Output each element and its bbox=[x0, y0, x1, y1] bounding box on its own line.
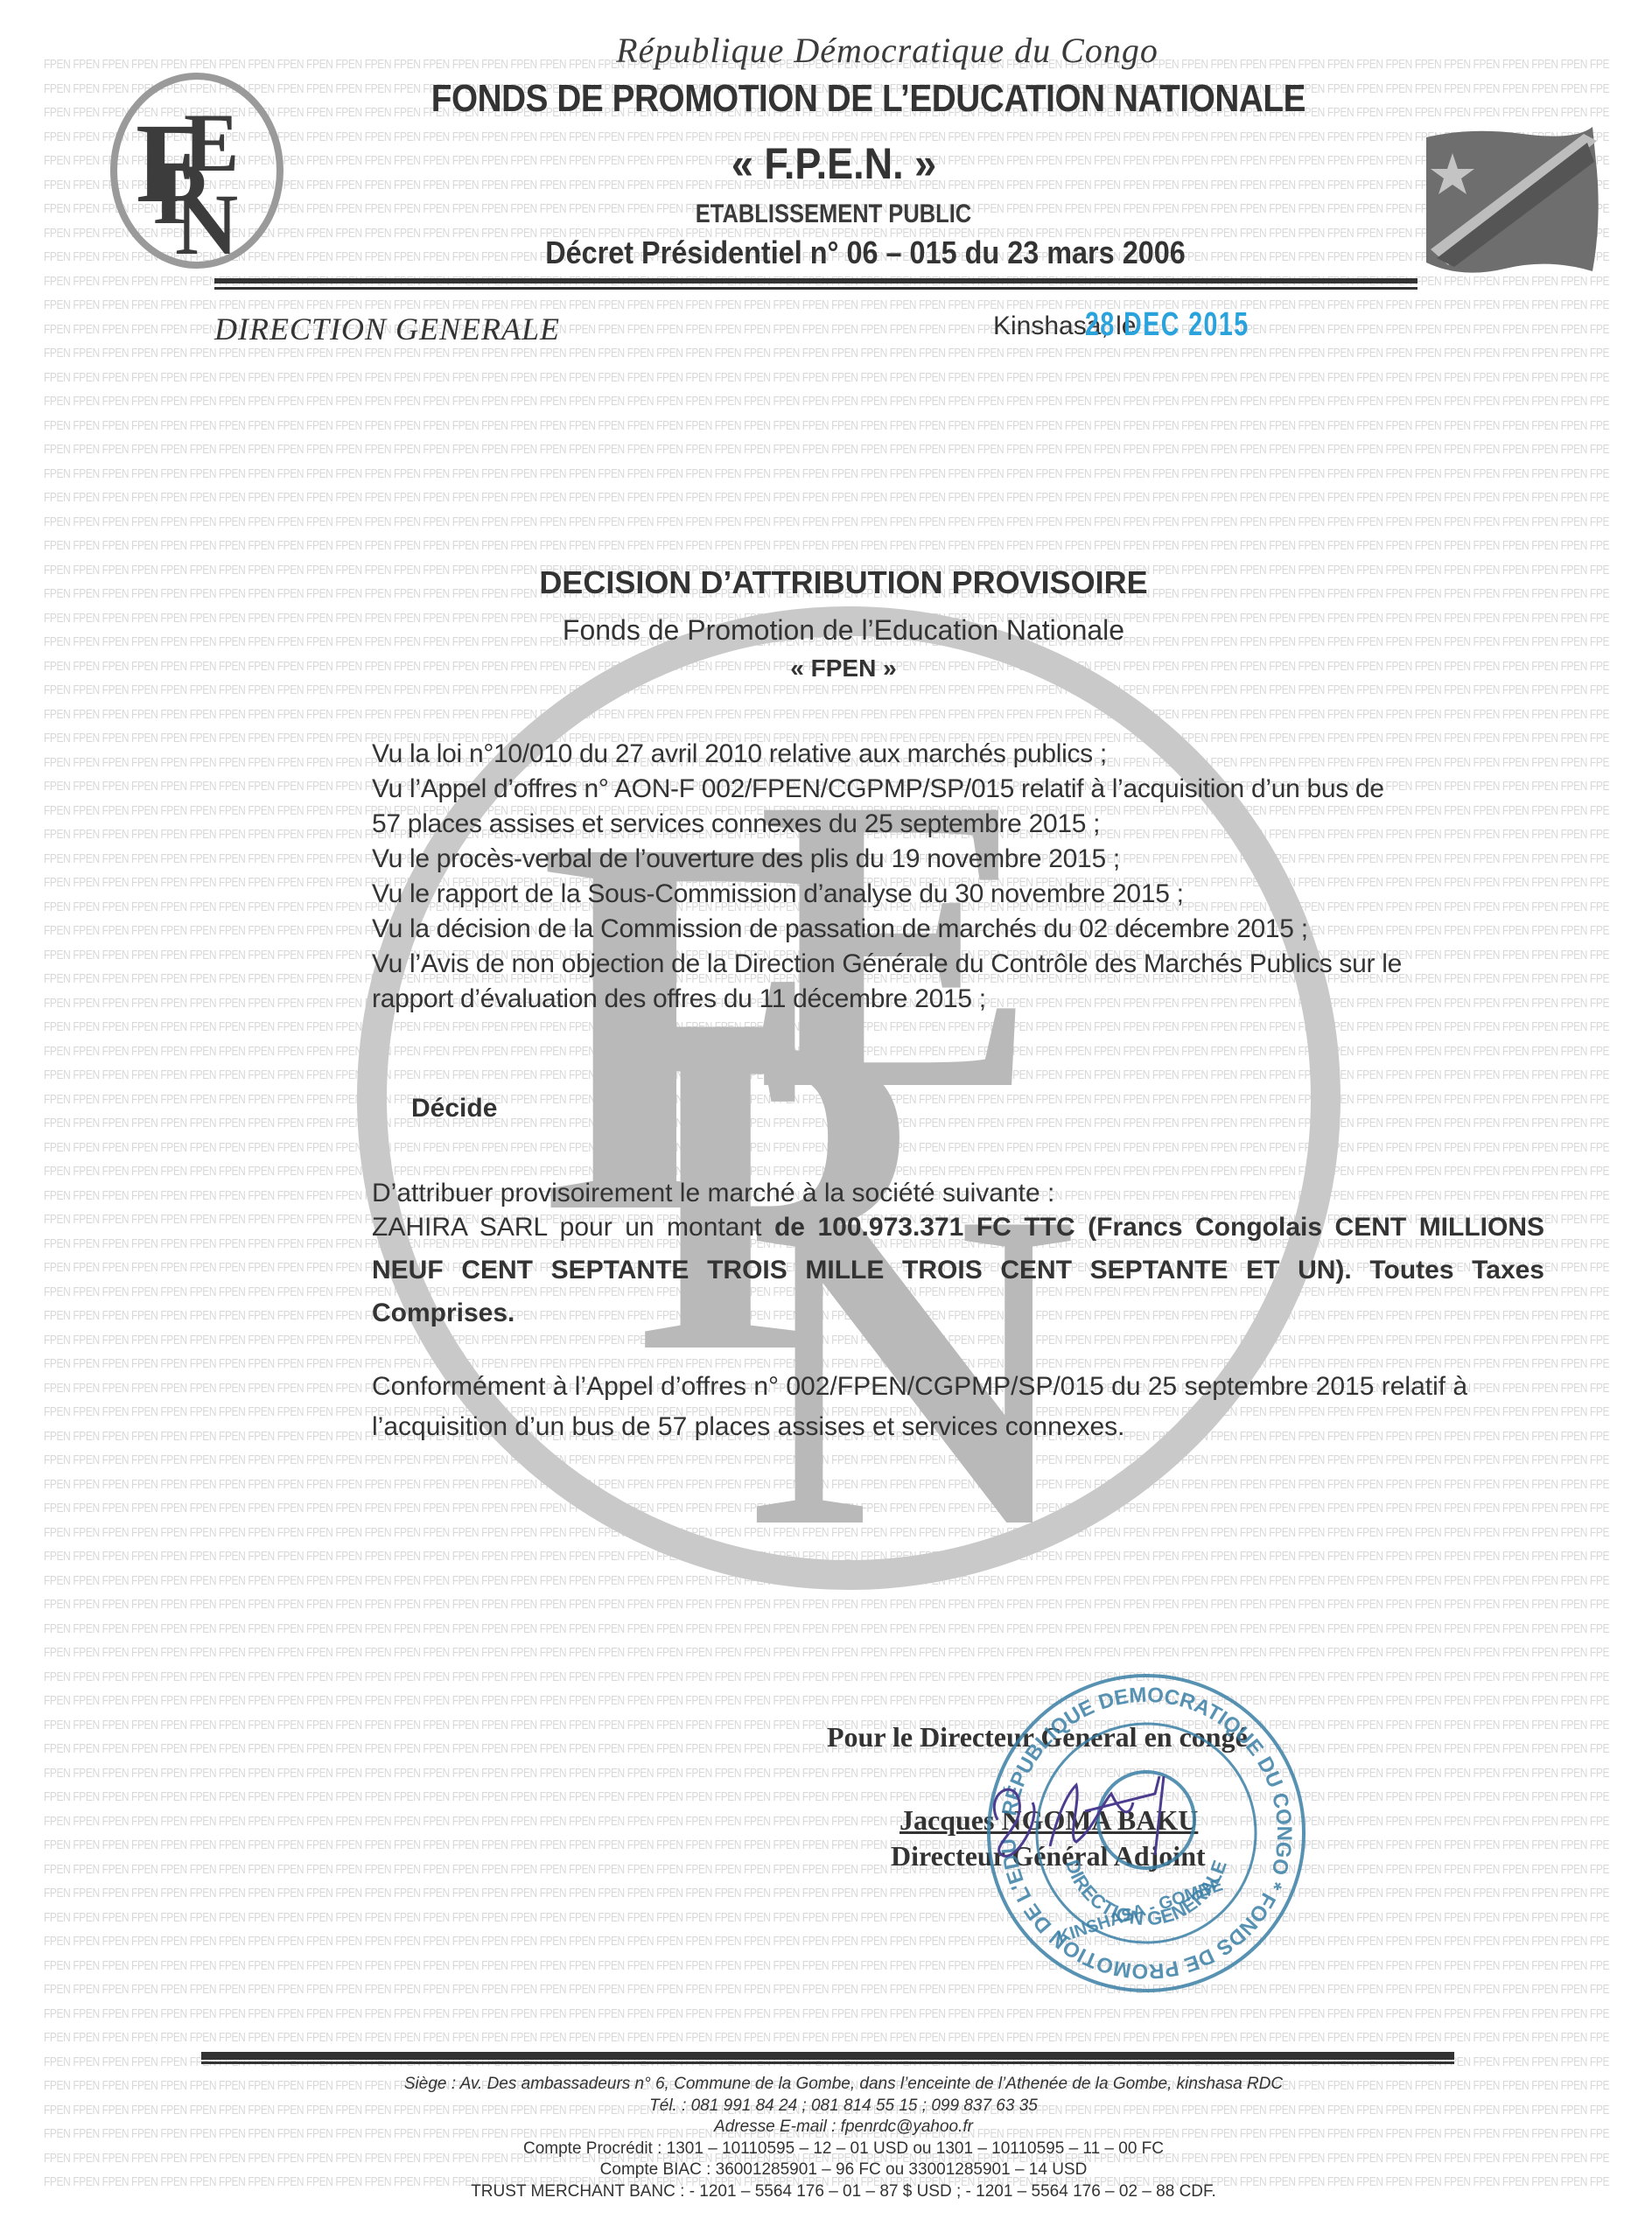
watermark-row: FPEN FPEN FPEN FPEN FPEN FPEN FPEN FPEN … bbox=[44, 1954, 1297, 1978]
consideration-line: 57 places assises et services connexes d… bbox=[372, 807, 1544, 842]
watermark-row: FPEN FPEN FPEN FPEN FPEN FPEN FPEN FPEN … bbox=[44, 1039, 1297, 1064]
footer-tmb-account: TRUST MERCHANT BANC : - 1201 – 5564 176 … bbox=[35, 2181, 1652, 2203]
watermark-row: FPEN FPEN FPEN FPEN FPEN FPEN FPEN FPEN … bbox=[44, 1665, 1297, 1690]
footer-contact-block: Siège : Av. Des ambassadeurs n° 6, Commu… bbox=[0, 2074, 1652, 2202]
signatory-role: Directeur Général Adjoint bbox=[891, 1840, 1206, 1872]
consideration-line: Vu le procès-verbal de l’ouverture des p… bbox=[372, 842, 1544, 877]
watermark-row: FPEN FPEN FPEN FPEN FPEN FPEN FPEN FPEN … bbox=[44, 1906, 1297, 1930]
consideration-line: Vu l’Avis de non objection de la Directi… bbox=[372, 947, 1544, 982]
organization-status: ETABLISSEMENT PUBLIC bbox=[124, 199, 1529, 229]
awarded-company: ZAHIRA SARL bbox=[372, 1213, 547, 1242]
footer-rule-thin bbox=[201, 2061, 1454, 2064]
watermark-row: FPEN FPEN FPEN FPEN FPEN FPEN FPEN FPEN … bbox=[44, 1977, 1297, 2002]
watermark-row: FPEN FPEN FPEN FPEN FPEN FPEN FPEN FPEN … bbox=[44, 1496, 1297, 1521]
watermark-row: FPEN FPEN FPEN FPEN FPEN FPEN FPEN FPEN … bbox=[44, 486, 1297, 510]
watermark-row: FPEN FPEN FPEN FPEN FPEN FPEN FPEN FPEN … bbox=[44, 2026, 1297, 2050]
watermark-row: FPEN FPEN FPEN FPEN FPEN FPEN FPEN FPEN … bbox=[44, 1063, 1297, 1088]
decree-reference: Décret Présidentiel n° 06 – 015 du 23 ma… bbox=[82, 234, 1569, 271]
decide-label: Décide bbox=[411, 1094, 497, 1123]
watermark-row: FPEN FPEN FPEN FPEN FPEN FPEN FPEN FPEN … bbox=[44, 1929, 1297, 1954]
watermark-row: FPEN FPEN FPEN FPEN FPEN FPEN FPEN FPEN … bbox=[44, 1088, 1297, 1112]
header-rule-thick bbox=[214, 278, 1417, 283]
watermark-row: FPEN FPEN FPEN FPEN FPEN FPEN FPEN FPEN … bbox=[44, 389, 1297, 414]
consideration-line: Vu le rapport de la Sous-Commission d’an… bbox=[372, 877, 1544, 912]
watermark-row: FPEN FPEN FPEN FPEN FPEN FPEN FPEN FPEN … bbox=[44, 1881, 1297, 1906]
header-rule-thin bbox=[214, 287, 1417, 290]
footer-biac-account: Compte BIAC : 36001285901 – 96 FC ou 330… bbox=[35, 2159, 1652, 2181]
consideration-line: Vu la décision de la Commission de passa… bbox=[372, 912, 1544, 947]
consideration-line: Vu l’Appel d’offres n° AON-F 002/FPEN/CG… bbox=[372, 772, 1544, 807]
watermark-row: FPEN FPEN FPEN FPEN FPEN FPEN FPEN FPEN … bbox=[44, 1521, 1297, 1545]
watermark-row: FPEN FPEN FPEN FPEN FPEN FPEN FPEN FPEN … bbox=[44, 1136, 1297, 1160]
watermark-row: FPEN FPEN FPEN FPEN FPEN FPEN FPEN FPEN … bbox=[44, 1689, 1297, 1713]
decision-acronym: « FPEN » bbox=[0, 654, 1652, 682]
consideration-line: Vu la loi n°10/010 du 27 avril 2010 rela… bbox=[372, 737, 1544, 772]
watermark-row: FPEN FPEN FPEN FPEN FPEN FPEN FPEN FPEN … bbox=[44, 534, 1297, 558]
decision-title: DECISION D’ATTRIBUTION PROVISOIRE bbox=[0, 564, 1652, 601]
watermark-row: FPEN FPEN FPEN FPEN FPEN FPEN FPEN FPEN … bbox=[44, 1641, 1297, 1665]
award-amount: de 100.973.371 FC TTC (Francs Congolais … bbox=[372, 1213, 1544, 1327]
watermark-row: FPEN FPEN FPEN FPEN FPEN FPEN FPEN FPEN … bbox=[44, 366, 1297, 390]
organization-acronym: « F.P.E.N. » bbox=[82, 138, 1569, 189]
fpen-watermark-pattern: FPEN FPEN FPEN FPEN FPEN FPEN FPEN FPEN … bbox=[44, 52, 1610, 2196]
date-stamp: 28 DEC 2015 bbox=[1085, 306, 1249, 344]
watermark-row: FPEN FPEN FPEN FPEN FPEN FPEN FPEN FPEN … bbox=[44, 1592, 1297, 1617]
watermark-row: FPEN FPEN FPEN FPEN FPEN FPEN FPEN FPEN … bbox=[44, 414, 1297, 438]
watermark-row: FPEN FPEN FPEN FPEN FPEN FPEN FPEN FPEN … bbox=[44, 1473, 1297, 1497]
watermark-row: FPEN FPEN FPEN FPEN FPEN FPEN FPEN FPEN … bbox=[44, 1544, 1297, 1569]
signature-on-behalf: Pour le Directeur General en congé bbox=[827, 1721, 1248, 1753]
consideration-line: rapport d’évaluation des offres du 11 dé… bbox=[372, 982, 1544, 1017]
watermark-row: FPEN FPEN FPEN FPEN FPEN FPEN FPEN FPEN … bbox=[44, 1761, 1297, 1786]
conformity-paragraph: Conformément à l’Appel d’offres n° 002/F… bbox=[372, 1367, 1544, 1447]
country-heading: République Démocratique du Congo bbox=[0, 30, 1652, 71]
watermark-row: FPEN FPEN FPEN FPEN FPEN FPEN FPEN FPEN … bbox=[44, 1015, 1297, 1039]
watermark-row: FPEN FPEN FPEN FPEN FPEN FPEN FPEN FPEN … bbox=[44, 462, 1297, 486]
drc-flag-icon bbox=[1417, 118, 1601, 280]
watermark-row: FPEN FPEN FPEN FPEN FPEN FPEN FPEN FPEN … bbox=[44, 1448, 1297, 1473]
watermark-row: FPEN FPEN FPEN FPEN FPEN FPEN FPEN FPEN … bbox=[44, 437, 1297, 462]
watermark-row: FPEN FPEN FPEN FPEN FPEN FPEN FPEN FPEN … bbox=[44, 510, 1297, 535]
watermark-row: FPEN FPEN FPEN FPEN FPEN FPEN FPEN FPEN … bbox=[44, 1617, 1297, 1641]
considerations-list: Vu la loi n°10/010 du 27 avril 2010 rela… bbox=[372, 737, 1544, 1017]
amount-prefix: pour un montant bbox=[560, 1213, 762, 1242]
watermark-row: FPEN FPEN FPEN FPEN FPEN FPEN FPEN FPEN … bbox=[44, 1111, 1297, 1136]
watermark-row: FPEN FPEN FPEN FPEN FPEN FPEN FPEN FPEN … bbox=[44, 703, 1297, 727]
footer-phones: Tél. : 081 991 84 24 ; 081 814 55 15 ; 0… bbox=[35, 2096, 1652, 2117]
footer-email: Adresse E-mail : fpenrdc@yahoo.fr bbox=[35, 2117, 1652, 2138]
watermark-row: FPEN FPEN FPEN FPEN FPEN FPEN FPEN FPEN … bbox=[44, 1569, 1297, 1593]
footer-address: Siège : Av. Des ambassadeurs n° 6, Commu… bbox=[35, 2074, 1652, 2096]
department-label: DIRECTION GENERALE bbox=[214, 311, 560, 347]
award-paragraph: ZAHIRA SARL pour un montant de 100.973.3… bbox=[372, 1206, 1544, 1334]
footer-rule-thick bbox=[201, 2052, 1454, 2060]
footer-procredit-account: Compte Procrédit : 1301 – 10110595 – 12 … bbox=[35, 2138, 1652, 2160]
signatory-name: Jacques NGOMA BAKU bbox=[899, 1804, 1198, 1837]
watermark-row: FPEN FPEN FPEN FPEN FPEN FPEN FPEN FPEN … bbox=[44, 2002, 1297, 2026]
decision-subtitle: Fonds de Promotion de l’Education Nation… bbox=[0, 614, 1652, 647]
organization-name: FONDS DE PROMOTION DE L’EDUCATION NATION… bbox=[99, 77, 1552, 121]
